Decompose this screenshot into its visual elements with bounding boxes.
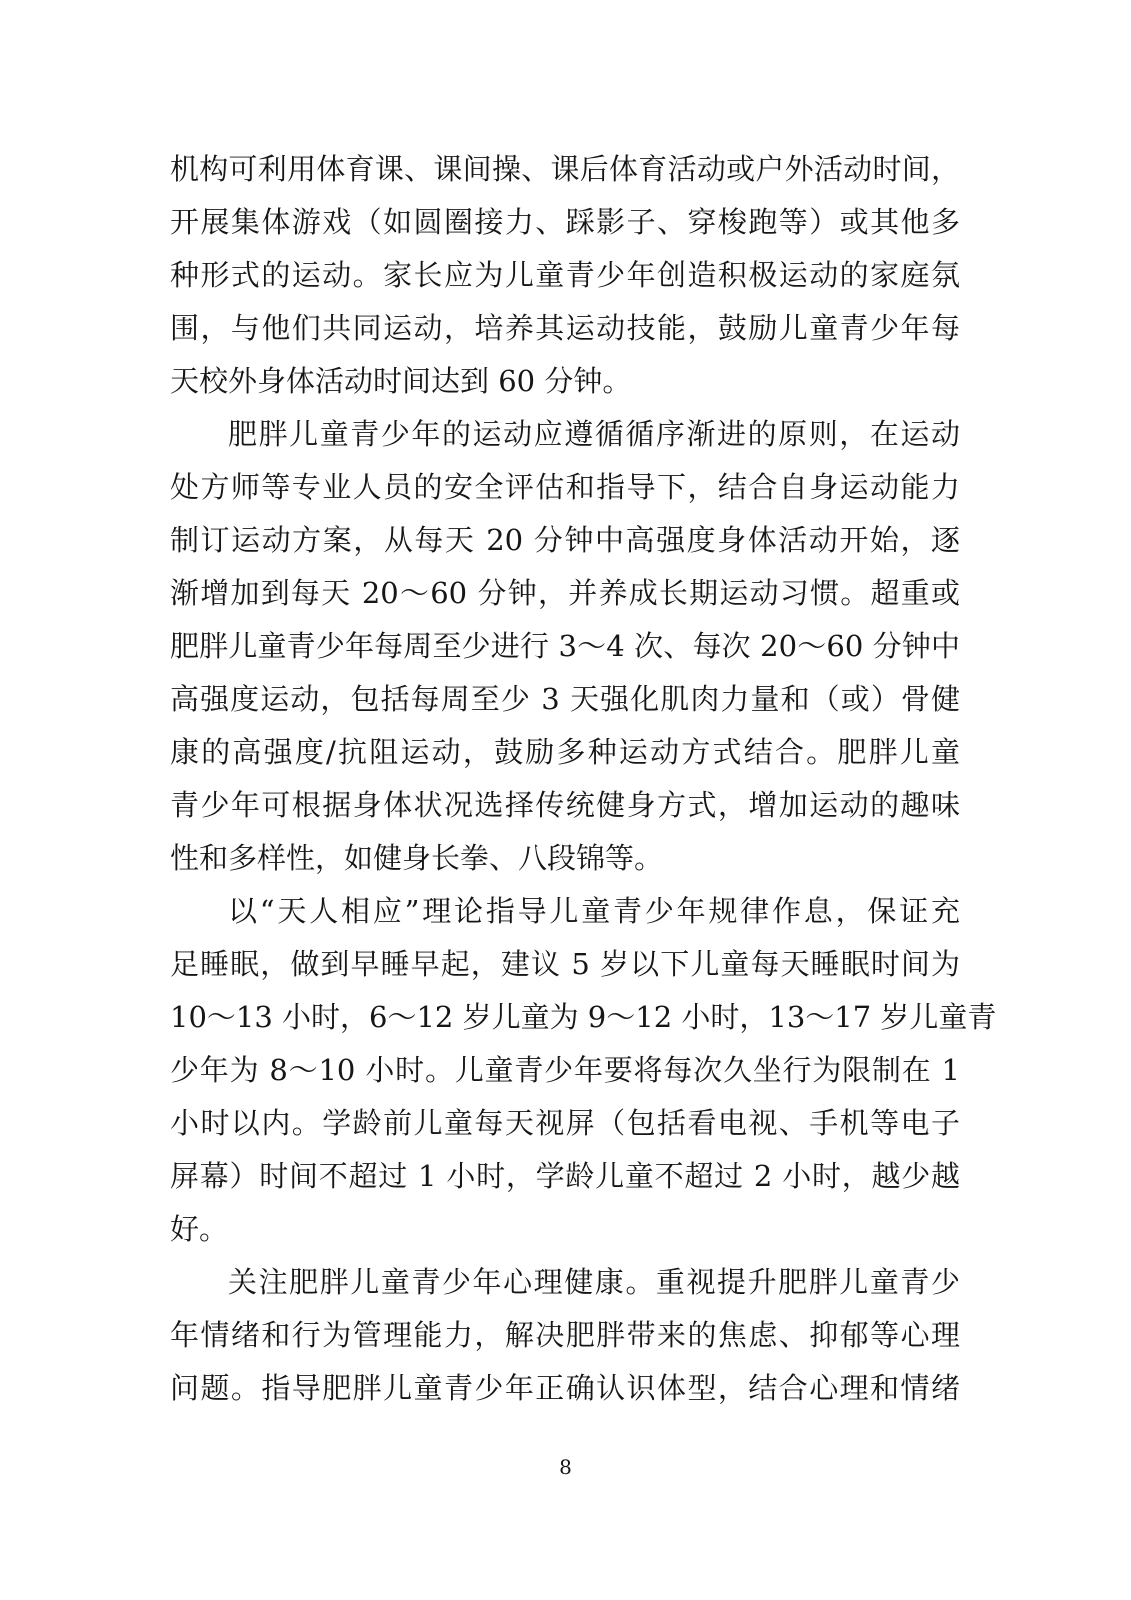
text-line: 10～13 小时，6～12 岁儿童为 9～12 小时，13～17 岁儿童青	[170, 991, 960, 1044]
text-line: 制订运动方案，从每天 20 分钟中高强度身体活动开始，逐	[170, 514, 960, 567]
text-line: 以“天人相应”理论指导儿童青少年规律作息，保证充	[170, 885, 960, 938]
text-line: 性和多样性，如健身长拳、八段锦等。	[170, 832, 960, 885]
text-line: 开展集体游戏（如圆圈接力、踩影子、穿梭跑等）或其他多	[170, 196, 960, 249]
text-line: 康的高强度/抗阻运动，鼓励多种运动方式结合。肥胖儿童	[170, 726, 960, 779]
text-line: 少年为 8～10 小时。儿童青少年要将每次久坐行为限制在 1	[170, 1044, 960, 1097]
document-page: 机构可利用体育课、课间操、课后体育活动或户外活动时间， 开展集体游戏（如圆圈接力…	[0, 0, 1131, 1600]
body-text: 机构可利用体育课、课间操、课后体育活动或户外活动时间， 开展集体游戏（如圆圈接力…	[170, 143, 960, 1415]
text-line: 机构可利用体育课、课间操、课后体育活动或户外活动时间，	[170, 143, 960, 196]
text-line: 高强度运动，包括每周至少 3 天强化肌肉力量和（或）骨健	[170, 673, 960, 726]
text-line: 足睡眠，做到早睡早起，建议 5 岁以下儿童每天睡眠时间为	[170, 938, 960, 991]
text-line: 渐增加到每天 20～60 分钟，并养成长期运动习惯。超重或	[170, 567, 960, 620]
text-line: 问题。指导肥胖儿童青少年正确认识体型，结合心理和情绪	[170, 1362, 960, 1415]
text-line: 青少年可根据身体状况选择传统健身方式，增加运动的趣味	[170, 779, 960, 832]
text-line: 肥胖儿童青少年的运动应遵循循序渐进的原则，在运动	[170, 408, 960, 461]
text-line: 小时以内。学龄前儿童每天视屏（包括看电视、手机等电子	[170, 1097, 960, 1150]
text-line: 年情绪和行为管理能力，解决肥胖带来的焦虑、抑郁等心理	[170, 1309, 960, 1362]
text-line: 处方师等专业人员的安全评估和指导下，结合自身运动能力	[170, 461, 960, 514]
page-number: 8	[0, 1452, 1131, 1482]
text-line: 关注肥胖儿童青少年心理健康。重视提升肥胖儿童青少	[170, 1256, 960, 1309]
text-line: 好。	[170, 1203, 960, 1256]
text-line: 屏幕）时间不超过 1 小时，学龄儿童不超过 2 小时，越少越	[170, 1150, 960, 1203]
text-line: 天校外身体活动时间达到 60 分钟。	[170, 355, 960, 408]
text-line: 围，与他们共同运动，培养其运动技能，鼓励儿童青少年每	[170, 302, 960, 355]
text-line: 肥胖儿童青少年每周至少进行 3～4 次、每次 20～60 分钟中	[170, 620, 960, 673]
text-line: 种形式的运动。家长应为儿童青少年创造积极运动的家庭氛	[170, 249, 960, 302]
